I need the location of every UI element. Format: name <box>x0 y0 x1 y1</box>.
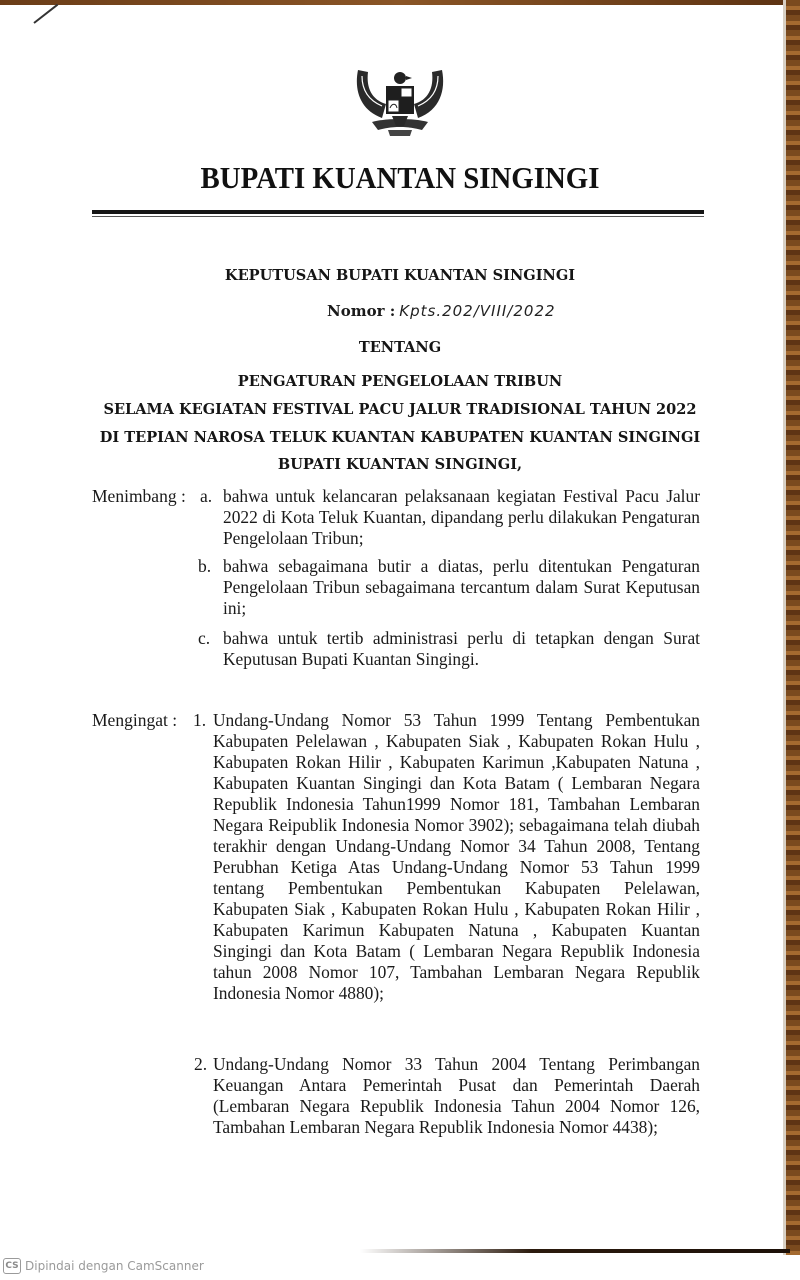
menimbang-item-b: bahwa sebagaimana butir a diatas, perlu … <box>223 556 700 619</box>
subject-line-1: PENGATURAN PENGELOLAAN TRIBUN <box>12 372 788 390</box>
menimbang-marker-c: c. <box>198 628 210 649</box>
camscanner-text: Dipindai dengan CamScanner <box>25 1259 204 1273</box>
mengingat-label: Mengingat : <box>92 710 177 731</box>
subject-line-3: DI TEPIAN NAROSA TELUK KUANTAN KABUPATEN… <box>12 428 788 446</box>
letterhead-divider-thin <box>92 216 704 217</box>
menimbang-marker-b: b. <box>198 556 211 577</box>
letterhead-title: BUPATI KUANTAN SINGINGI <box>28 160 772 196</box>
decree-number-value: Kpts.202/VIII/2022 <box>399 302 555 320</box>
camscanner-watermark: CS Dipindai dengan CamScanner <box>3 1258 204 1274</box>
mengingat-item-1: Undang-Undang Nomor 53 Tahun 1999 Tentan… <box>213 710 700 1004</box>
page-bottom-edge-shadow <box>360 1249 790 1253</box>
wooden-table-background-right <box>786 0 800 1255</box>
menimbang-label: Menimbang : <box>92 486 186 507</box>
menimbang-item-a: bahwa untuk kelancaran pelaksanaan kegia… <box>223 486 700 549</box>
decree-number: Nomor :Kpts.202/VIII/2022 <box>327 302 556 320</box>
camscanner-logo-icon: CS <box>3 1258 21 1274</box>
handwritten-mark <box>33 4 58 24</box>
mengingat-marker-2: 2. <box>194 1054 207 1075</box>
letterhead-divider <box>92 210 704 214</box>
menimbang-marker-a: a. <box>200 486 212 507</box>
issuer-line: BUPATI KUANTAN SINGINGI, <box>12 455 788 473</box>
decree-heading: KEPUTUSAN BUPATI KUANTAN SINGINGI <box>12 266 788 284</box>
tentang-label: TENTANG <box>12 338 788 356</box>
mengingat-marker-1: 1. <box>193 710 206 731</box>
menimbang-item-c: bahwa untuk tertib administrasi perlu di… <box>223 628 700 670</box>
wooden-table-background-top <box>0 0 800 5</box>
mengingat-item-2: Undang-Undang Nomor 33 Tahun 2004 Tentan… <box>213 1054 700 1138</box>
garuda-emblem-icon <box>352 60 448 140</box>
subject-line-2: SELAMA KEGIATAN FESTIVAL PACU JALUR TRAD… <box>12 400 788 418</box>
decree-number-label: Nomor : <box>327 302 395 320</box>
